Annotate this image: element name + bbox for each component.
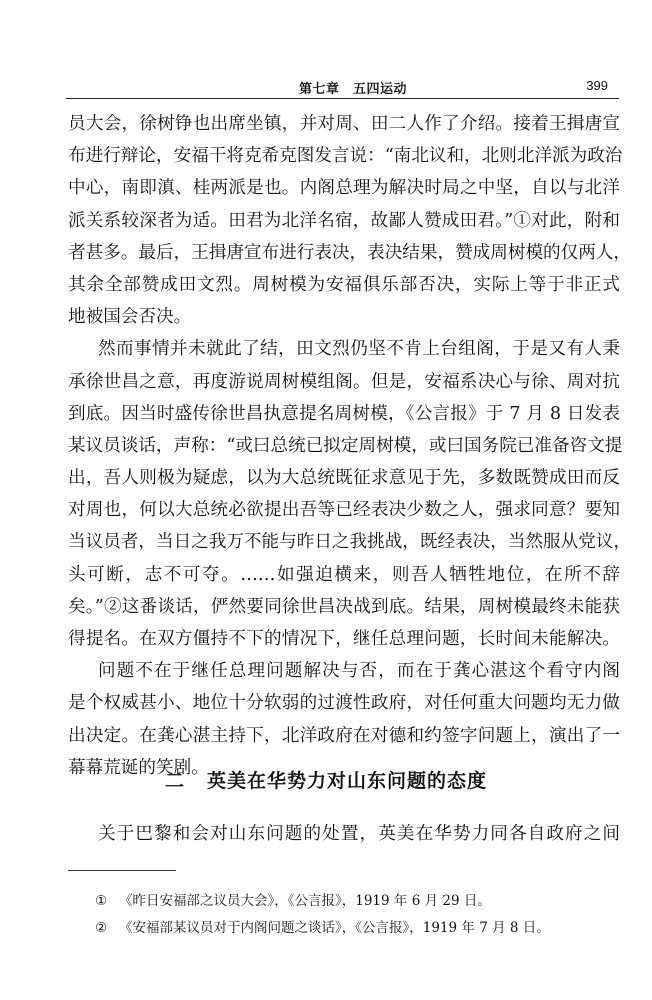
text-line: 对周也，何以大总统必欲提出吾等已经表决少数之人，强求同意？要知 — [68, 494, 620, 526]
text-line: 出决定。在龚心湛主持下，北洋政府在对德和约签字问题上，演出了一 — [68, 720, 620, 752]
section-heading: 二英美在华势力对山东问题的态度 — [0, 766, 652, 793]
section-number: 二 — [165, 770, 185, 792]
text-line: 派关系较深者为适。田君为北洋名宿，故鄙人赞成田君。”①对此，附和 — [68, 205, 620, 237]
chapter-title: 第七章 五四运动 — [88, 78, 618, 97]
footnote-1: ①《昨日安福部之议员大会》，《公言报》，1919 年 6 月 29 日。 — [95, 888, 550, 915]
text-line: 其余全部赞成田文烈。周树模为安福俱乐部否决，实际上等于非正式 — [68, 269, 620, 301]
text-line: 某议员谈话，声称：“或曰总统已拟定周树模，或曰国务院已准备咨文提 — [68, 430, 620, 462]
footnote-2: ②《安福部某议员对于内阁问题之谈话》，《公言报》，1919 年 7 月 8 日。 — [95, 915, 550, 942]
text-line: 问题不在于继任总理问题解决与否，而在于龚心湛这个看守内阁 — [68, 655, 620, 687]
text-line: 承徐世昌之意，再度游说周树模组阁。但是，安福系决心与徐、周对抗 — [68, 366, 620, 398]
text-line: 中心，南即滇、桂两派是也。内阁总理为解决时局之中坚，自以与北洋 — [68, 172, 620, 204]
paragraph-1: 员大会，徐树铮也出席坐镇，并对周、田二人作了介绍。接着王揖唐宣 布进行辩论，安福… — [68, 108, 620, 333]
paragraph-2: 然而事情并未就此了结，田文烈仍坚不肯上台组阁，于是又有人秉 承徐世昌之意，再度游… — [68, 333, 620, 655]
running-header: 第七章 五四运动 399 — [88, 74, 618, 100]
paragraph-3: 问题不在于继任总理问题解决与否，而在于龚心湛这个看守内阁 是个权威甚小、地位十分… — [68, 655, 620, 784]
text-line: 地被国会否决。 — [68, 301, 620, 333]
text-line: 员大会，徐树铮也出席坐镇，并对周、田二人作了介绍。接着王揖唐宣 — [68, 108, 620, 140]
text-line: 出，吾人则极为疑虑，以为大总统既征求意见于先，多数既赞成田而反 — [68, 462, 620, 494]
text-line: 是个权威甚小、地位十分软弱的过渡性政府，对任何重大问题均无力做 — [68, 687, 620, 719]
text-line: 者甚多。最后，王揖唐宣布进行表决，表决结果，赞成周树模的仅两人， — [68, 237, 620, 269]
text-line: 当议员者，当日之我万不能与昨日之我挑战，既经表决，当然服从党议， — [68, 526, 620, 558]
body-text: 员大会，徐树铮也出席坐镇，并对周、田二人作了介绍。接着王揖唐宣 布进行辩论，安福… — [68, 108, 620, 784]
footnote-text: 《安福部某议员对于内阁问题之谈话》，《公言报》，1919 年 7 月 8 日。 — [119, 920, 550, 936]
page-number: 399 — [586, 78, 608, 93]
footnotes: ①《昨日安福部之议员大会》，《公言报》，1919 年 6 月 29 日。 ②《安… — [95, 888, 550, 942]
text-line: 布进行辩论，安福干将克希克图发言说：“南北议和，北则北洋派为政治 — [68, 140, 620, 172]
header-rule — [66, 98, 619, 99]
text-line: 得提名。在双方僵持不下的情况下，继任总理问题，长时间未能解决。 — [68, 623, 620, 655]
text-line: 矣。”②这番谈话，俨然要同徐世昌决战到底。结果，周树模最终未能获 — [68, 591, 620, 623]
text-line: 然而事情并未就此了结，田文烈仍坚不肯上台组阁，于是又有人秉 — [68, 333, 620, 365]
footnote-mark: ① — [95, 888, 119, 915]
section-title-text: 英美在华势力对山东问题的态度 — [207, 770, 487, 792]
text-line: 到底。因当时盛传徐世昌执意提名周树模，《公言报》于 7 月 8 日发表 — [68, 398, 620, 430]
footnote-mark: ② — [95, 915, 119, 942]
section-first-line: 关于巴黎和会对山东问题的处置，英美在华势力同各自政府之间 — [98, 820, 620, 845]
footnote-rule — [68, 870, 176, 871]
text-line: 头可断，志不可夺。……如强迫横来，则吾人牺牲地位，在所不辞 — [68, 559, 620, 591]
footnote-text: 《昨日安福部之议员大会》，《公言报》，1919 年 6 月 29 日。 — [119, 893, 491, 909]
